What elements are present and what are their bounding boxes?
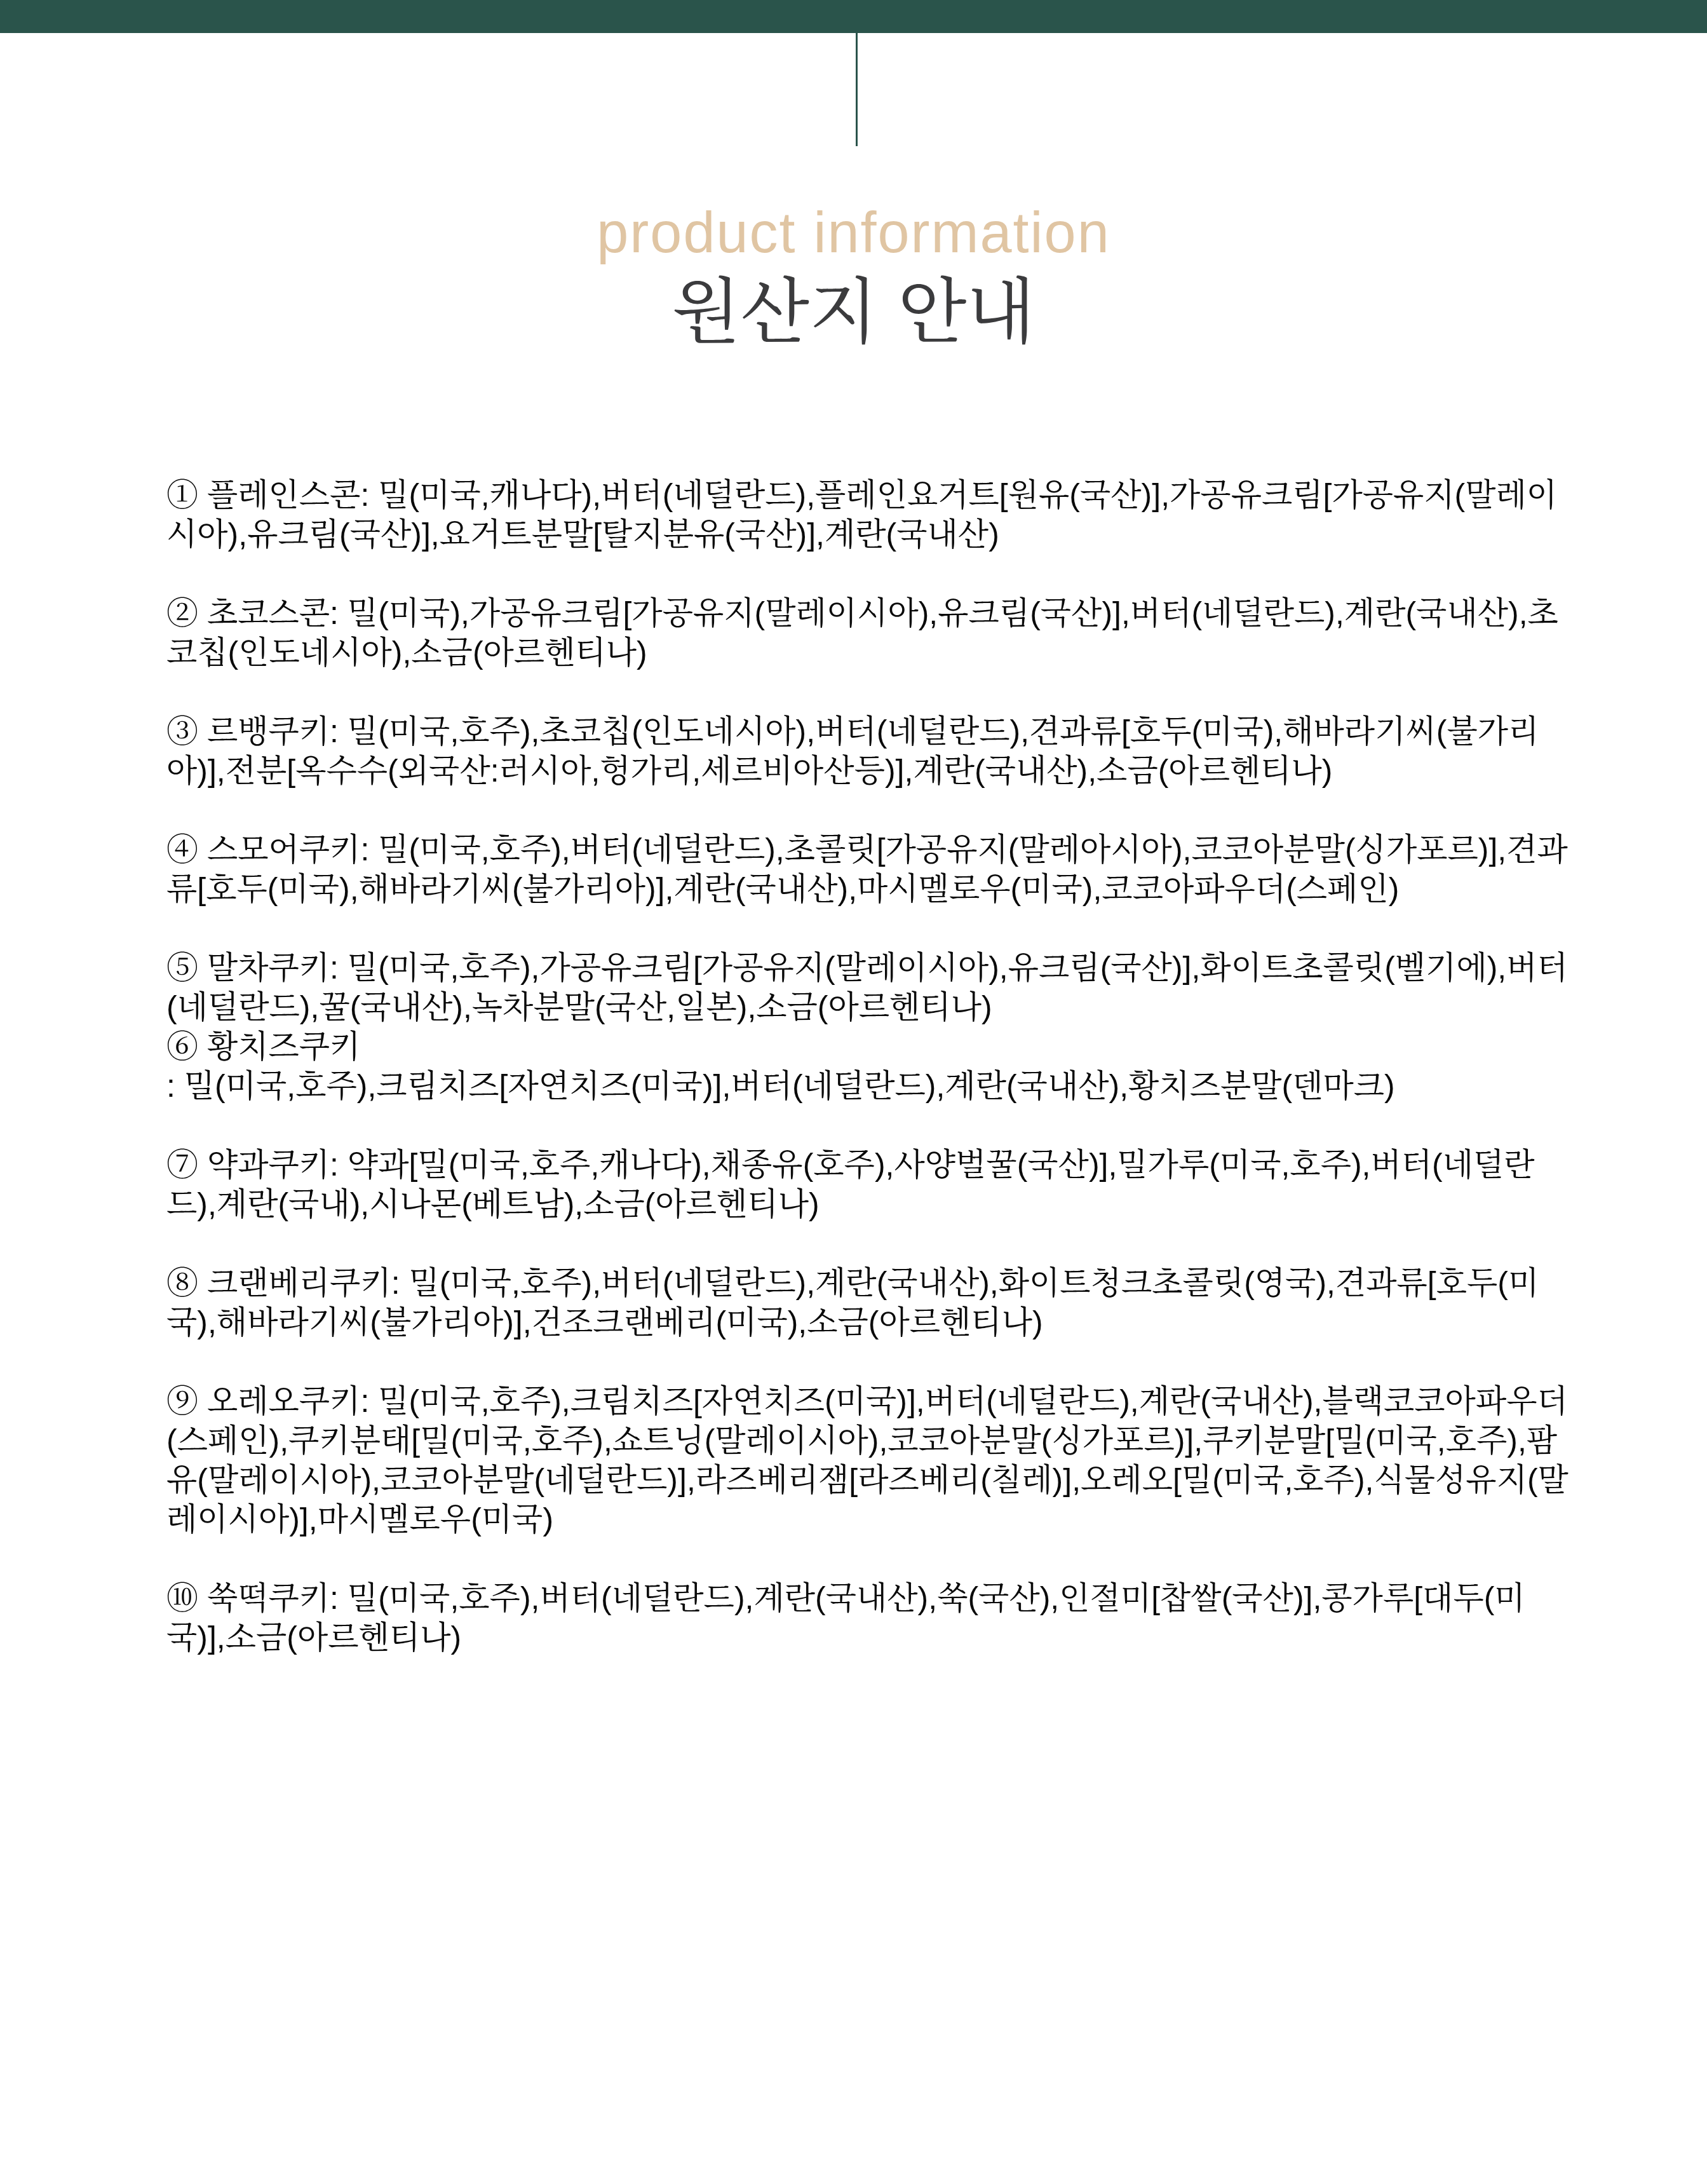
origin-item-6: ⑥ 황치즈쿠키 : 밀(미국,호주),크림치즈[자연치즈(미국)],버터(네덜란…	[166, 1027, 1575, 1106]
origin-item-9: ⑨ 오레오쿠키: 밀(미국,호주),크림치즈[자연치즈(미국)],버터(네덜란드…	[166, 1381, 1575, 1539]
origin-item-4: ④ 스모어쿠키: 밀(미국,호주),버터(네덜란드),초콜릿[가공유지(말레아시…	[166, 830, 1575, 909]
page-title: 원산지 안내	[0, 273, 1707, 351]
origin-item-10: ⑩ 쑥떡쿠키: 밀(미국,호주),버터(네덜란드),계란(국내산),쑥(국산),…	[166, 1578, 1575, 1657]
origin-item-3: ③ 르뱅쿠키: 밀(미국,호주),초코칩(인도네시아),버터(네덜란드),견과류…	[166, 712, 1575, 790]
origin-item-2: ② 초코스콘: 밀(미국),가공유크림[가공유지(말레이시아),유크림(국산)]…	[166, 593, 1575, 672]
origin-item-1: ① 플레인스콘: 밀(미국,캐나다),버터(네덜란드),플레인요거트[원유(국산…	[166, 475, 1575, 554]
origin-item-8: ⑧ 크랜베리쿠키: 밀(미국,호주),버터(네덜란드),계란(국내산),화이트청…	[166, 1263, 1575, 1342]
origin-item-7: ⑦ 약과쿠키: 약과[밀(미국,호주,캐나다),채종유(호주),사양벌꿀(국산)…	[166, 1145, 1575, 1224]
page-header: product information 원산지 안내	[0, 33, 1707, 351]
vertical-divider-line	[856, 33, 858, 146]
origin-item-5: ⑤ 말차쿠키: 밀(미국,호주),가공유크림[가공유지(말레이시아),유크림(국…	[166, 948, 1575, 1027]
origin-info-list: ① 플레인스콘: 밀(미국,캐나다),버터(네덜란드),플레인요거트[원유(국산…	[166, 475, 1575, 1657]
top-green-bar	[0, 0, 1707, 33]
eyebrow-text: product information	[0, 33, 1707, 262]
